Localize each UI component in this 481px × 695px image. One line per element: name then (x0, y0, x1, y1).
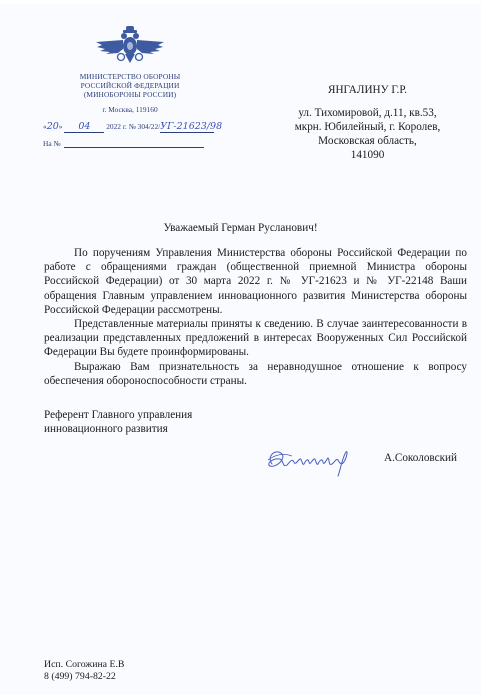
ministry-line: РОССИЙСКОЙ ФЕДЕРАЦИИ (40, 81, 220, 90)
executor-block: Исп. Согожина Е.В 8 (499) 794-82-22 (44, 659, 124, 683)
date-day-handwritten: 20 (47, 121, 59, 132)
quote-close: » (59, 122, 63, 131)
letter-paragraph: Представленные материалы приняты к сведе… (44, 317, 467, 360)
ministry-line: (МИНОБОРОНЫ РОССИИ) (40, 90, 220, 99)
registration-number-handwritten: УГ-21623/98 (160, 121, 214, 133)
date-year-number: 2022 г. № 304/22/ (106, 122, 160, 131)
recipient-block: ЯНГАЛИНУ Г.Р. ул. Тихомировой, д.11, кв.… (270, 83, 465, 162)
signatory-title-line: инновационного развития (44, 422, 192, 436)
recipient-name: ЯНГАЛИНУ Г.Р. (270, 83, 465, 97)
recipient-address-line: ул. Тихомировой, д.11, кв.53, (270, 106, 465, 120)
letter-body: По поручениям Управления Министерства об… (44, 246, 467, 388)
ministry-line: МИНИСТЕРСТВО ОБОРОНЫ (40, 72, 220, 81)
signer-name: А.Соколовский (384, 452, 457, 464)
recipient-address-line: мкрн. Юбилейный, г. Королев, (270, 120, 465, 134)
recipient-address-line: Московская область, (270, 134, 465, 148)
outgoing-date-line: «20» 04 2022 г. № 304/22/УГ-21623/98 (43, 121, 214, 133)
recipient-postcode: 141090 (270, 148, 465, 162)
ministry-name: МИНИСТЕРСТВО ОБОРОНЫ РОССИЙСКОЙ ФЕДЕРАЦИ… (40, 72, 220, 99)
letter-paragraph: Выражаю Вам признательность за неравноду… (44, 360, 467, 388)
signatory-title: Референт Главного управления инновационн… (44, 408, 192, 436)
letter-paragraph: По поручениям Управления Министерства об… (44, 246, 467, 317)
date-month-handwritten: 04 (64, 121, 104, 133)
eagle-emblem-icon (92, 25, 168, 65)
executor-phone: 8 (499) 794-82-22 (44, 671, 124, 683)
ministry-address: г. Москва, 119160 (40, 105, 220, 114)
reply-to-blank (64, 147, 204, 148)
reply-to-line: На № (43, 139, 204, 148)
signatory-title-line: Референт Главного управления (44, 408, 192, 422)
reply-to-label: На № (43, 139, 61, 148)
executor-name: Исп. Согожина Е.В (44, 659, 124, 671)
handwritten-signature-icon (262, 444, 362, 478)
letter-greeting: Уважаемый Герман Русланович! (0, 222, 481, 234)
